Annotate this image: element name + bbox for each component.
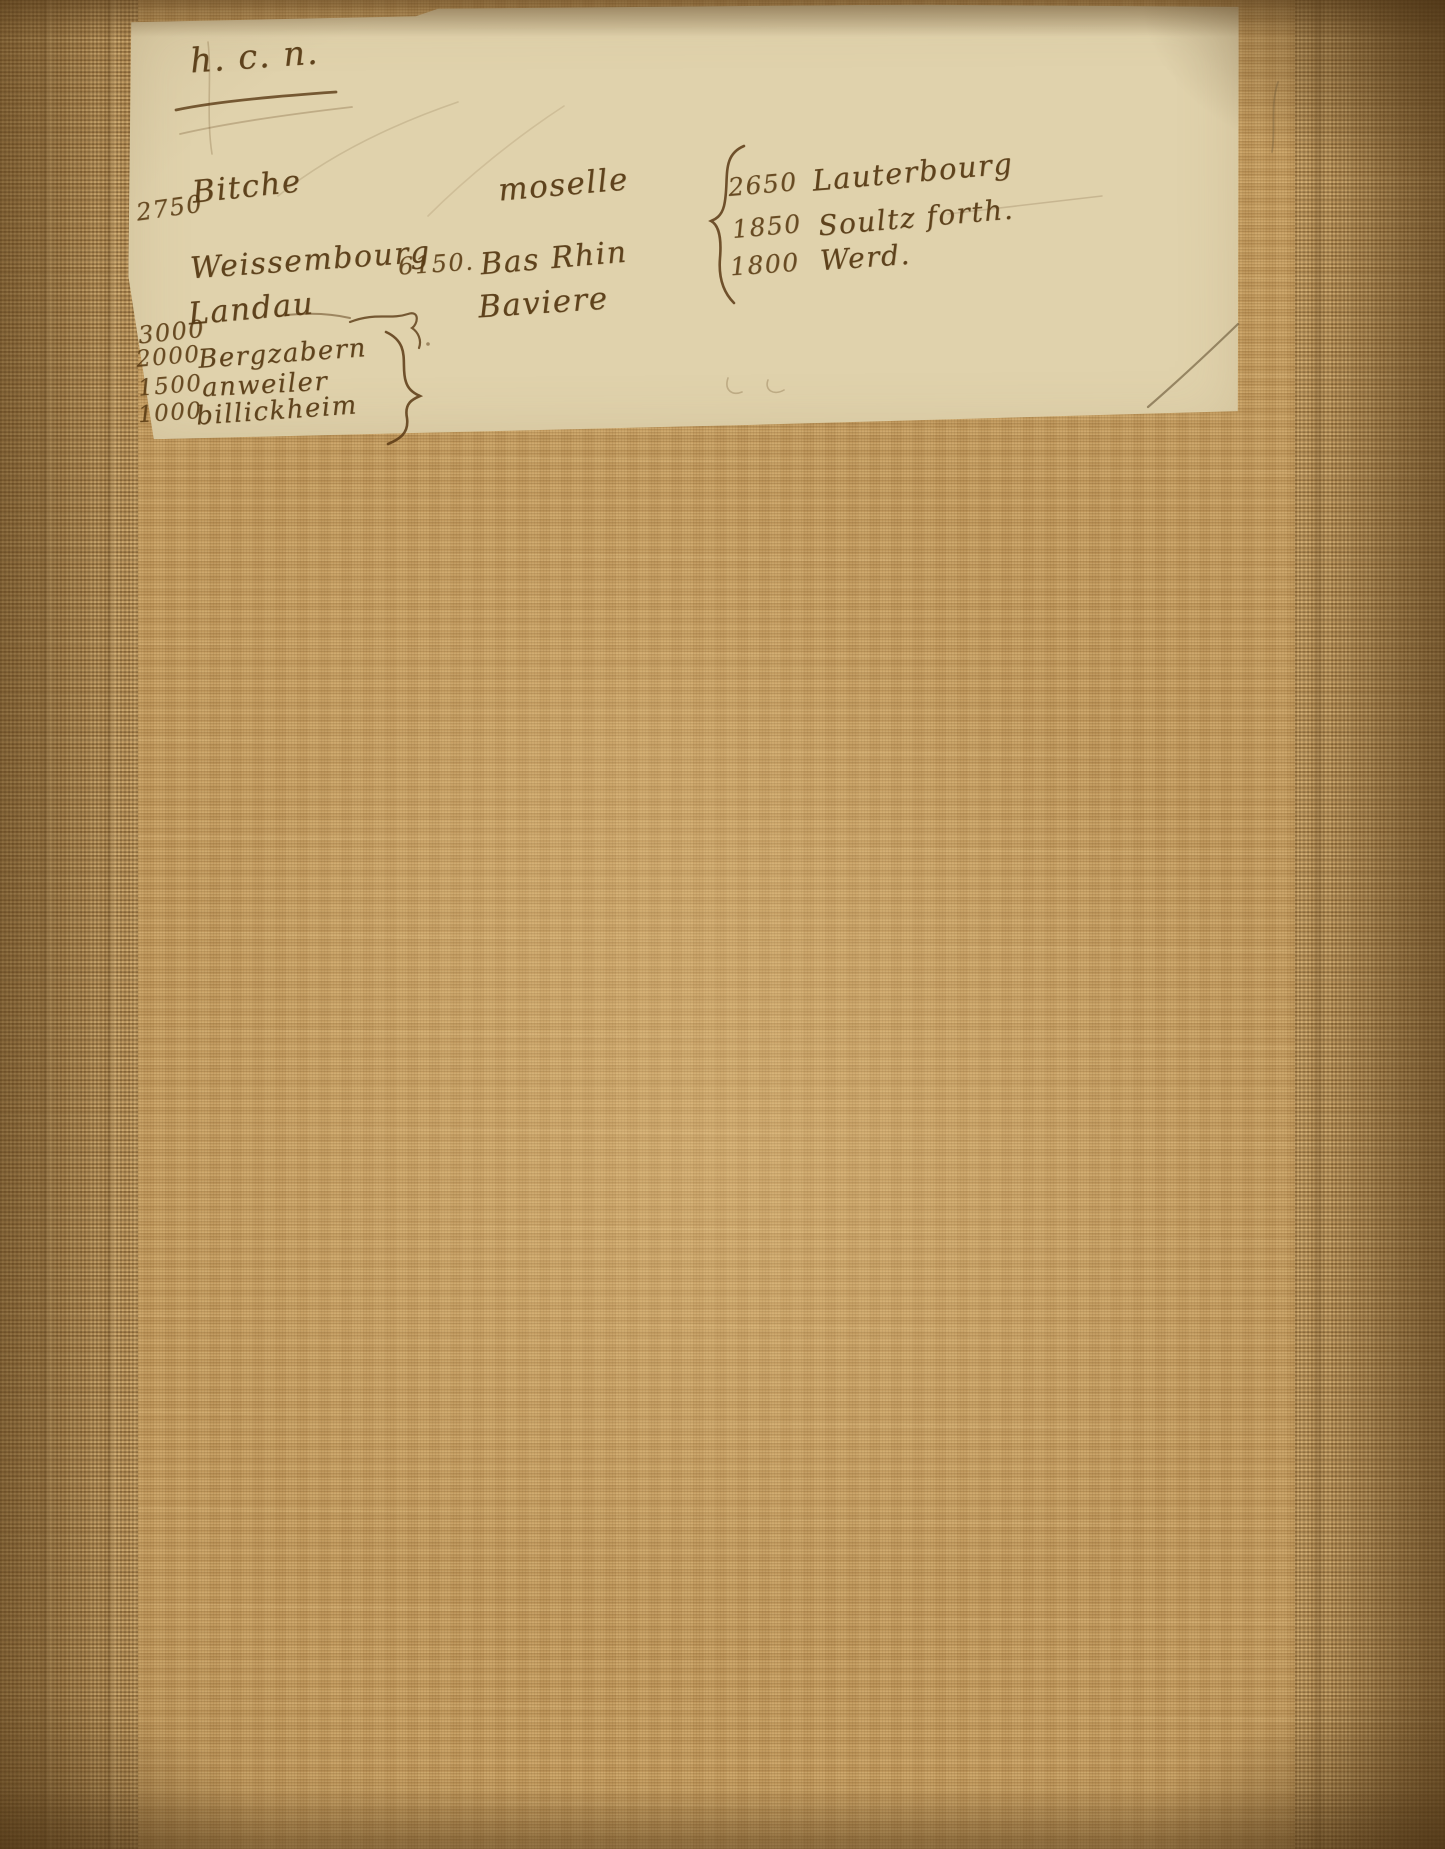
canvas-seam [104, 0, 118, 1849]
canvas-seam [1312, 0, 1326, 1849]
left-row6-value: 1000 [137, 400, 203, 427]
right-row3-value: 1800 [729, 250, 800, 280]
left-row2-value: 6150. [397, 249, 475, 278]
burlap-right-edge [1295, 0, 1445, 1849]
burlap-left-edge [0, 0, 138, 1849]
left-row3-region: Baviere [477, 283, 610, 323]
left-row5-value: 1500 [137, 372, 203, 401]
right-row3-place: Werd. [819, 241, 912, 275]
right-row2-value: 1850 [731, 211, 803, 242]
label-heading: h. c. n. [189, 36, 320, 79]
burlap-fiber-stroke [1272, 82, 1278, 152]
canvas-seam [40, 0, 54, 1849]
painting-verso-photo: h. c. n. 2750 Bitche moselle Weissembour… [0, 0, 1445, 1849]
left-row4-value: 2000 [135, 343, 201, 372]
right-row1-value: 2650 [727, 169, 799, 200]
